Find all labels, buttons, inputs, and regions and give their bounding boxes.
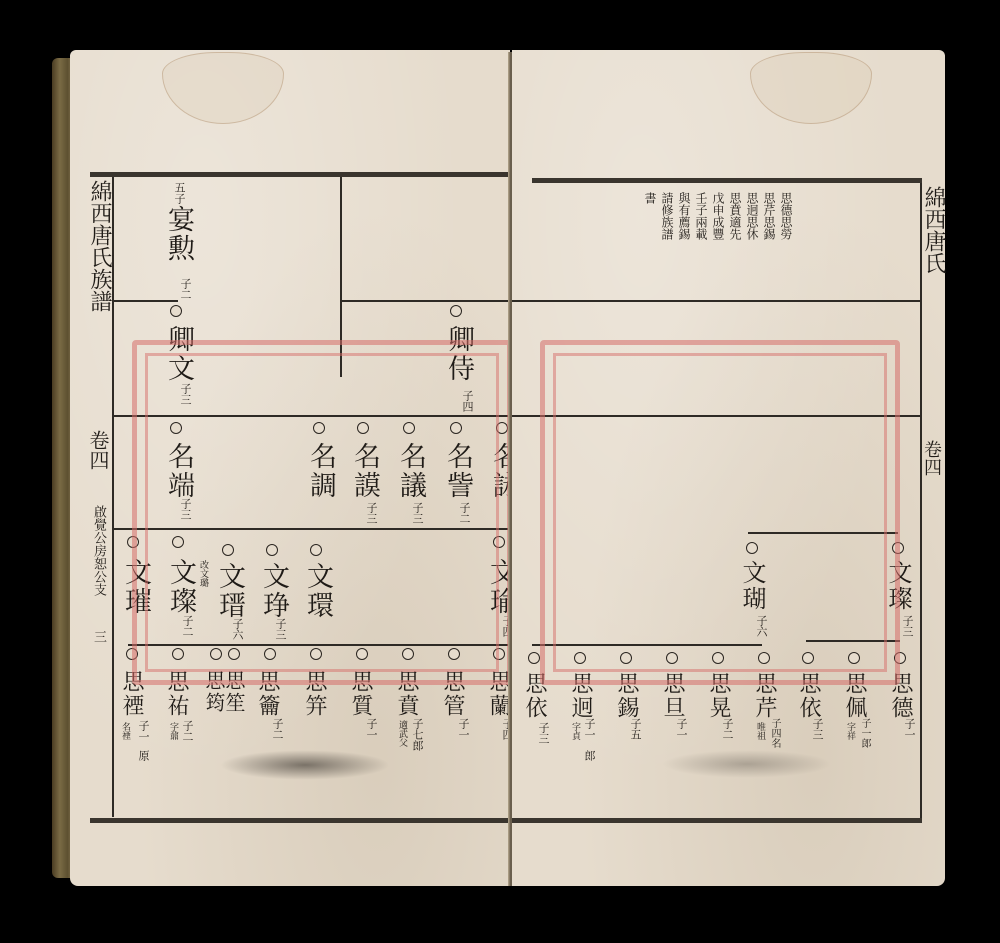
header-column: 戊申成豐 (712, 192, 724, 240)
person-note: 子一 (138, 720, 149, 742)
person-note: 子一 (366, 718, 377, 740)
person-note: 子一 (904, 718, 915, 740)
person-note: 子二 (722, 718, 733, 740)
person-side-note: 字鼐 (168, 722, 177, 740)
person-note: 子二 (180, 278, 191, 300)
page-number: 三 (92, 630, 105, 643)
ink-smudge (662, 750, 832, 778)
header-column: 思芹思錫 (763, 192, 775, 240)
node (450, 305, 462, 317)
person-side-note: 名禋 (120, 722, 129, 740)
right-page: 綿西唐氏 卷四 思德思勞 思芹思錫 思迥思休 思賁適先 戊申成豐 壬子兩載 與有… (512, 50, 945, 886)
person-extra: 郎 (584, 750, 595, 761)
header-column: 思迥思休 (746, 192, 758, 240)
ink-smudge (220, 750, 390, 780)
bottom-rule (512, 818, 922, 823)
top-rule (90, 172, 510, 177)
header-rule (512, 300, 920, 302)
header-column: 壬子兩載 (695, 192, 707, 240)
person-note: 子五 (630, 718, 641, 740)
open-book: 綿西唐氏族譜 卷四 啟覺公房恕公支 三 五子 宴勲 子二 卿文 子三 卿侍 子四… (52, 50, 947, 888)
water-stain (750, 52, 872, 124)
top-note: 五子 (174, 182, 185, 204)
header-column: 書 (644, 192, 656, 240)
person-name: 宴勲 (165, 205, 192, 263)
person-note: 子三 (538, 722, 549, 744)
bottom-rule (90, 818, 510, 823)
branch-line (112, 300, 178, 302)
person-note: 子二 (182, 720, 193, 742)
person-side-note: 字祥 (845, 722, 854, 740)
header-column: 與有薦錫 (678, 192, 690, 240)
margin-title: 綿西唐氏 (922, 186, 944, 274)
node (170, 305, 182, 317)
person-note: 子四名 (769, 718, 779, 748)
branch-label: 啟覺公房恕公支 (92, 505, 105, 596)
header-column: 思賁適先 (729, 192, 741, 240)
left-page: 綿西唐氏族譜 卷四 啟覺公房恕公支 三 五子 宴勲 子二 卿文 子三 卿侍 子四… (70, 50, 510, 886)
library-seal (540, 340, 900, 685)
library-seal (132, 340, 512, 685)
person-note: 子三 (812, 718, 823, 740)
person-note: 子一 (584, 718, 595, 740)
margin-rule (112, 177, 114, 817)
person-note: 子二 (272, 718, 283, 740)
top-rule (532, 178, 922, 183)
header-column: 請修族譜 (661, 192, 673, 240)
margin-title: 綿西唐氏族譜 (88, 180, 110, 312)
juan-label: 卷四 (922, 440, 940, 476)
water-stain (162, 52, 284, 124)
margin-rule (920, 183, 922, 818)
person-side-note: 適武父 (397, 720, 406, 747)
person-note: 子三 (902, 615, 913, 637)
person-extra: 原 (138, 750, 149, 761)
person-side-note: 唯祖 (755, 722, 764, 740)
person-note: 子一 (458, 718, 469, 740)
header-note-columns: 思德思勞 思芹思錫 思迥思休 思賁適先 戊申成豐 壬子兩載 與有薦錫 請修族譜 … (562, 192, 792, 240)
node (528, 652, 540, 664)
person-note: 子一 (676, 718, 687, 740)
person-note: 子一郎 (859, 718, 869, 748)
person-note: 子七郎 (412, 718, 423, 751)
juan-label: 卷四 (88, 430, 108, 470)
branch-line (340, 300, 510, 302)
header-column: 思德思勞 (780, 192, 792, 240)
person-side-note: 字貞 (570, 722, 579, 740)
